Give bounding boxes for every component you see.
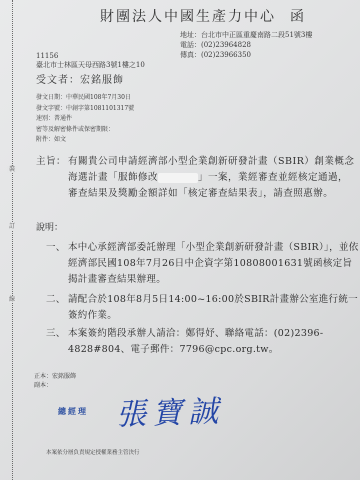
- copy-recipient: 副本：: [34, 381, 76, 390]
- binding-mark-ding: 訂: [7, 223, 17, 230]
- item-number: 一、: [46, 240, 66, 256]
- attachment: 附件：如文: [36, 135, 134, 146]
- binding-mark-zhuang: 裝: [7, 166, 17, 173]
- issue-date: 發文日期：中華民國108年7月30日: [36, 93, 134, 104]
- document-type: 函: [290, 9, 306, 25]
- item-text: 本案簽約階段承辦人請洽：鄭得妤、聯絡電話：(02)2396-4828#804、電…: [68, 326, 360, 358]
- item-number: 三、: [46, 326, 66, 342]
- sender-info: 地址：台北市中正區重慶南路二段51號3樓 電話：(02)23964828 傳真：…: [180, 30, 312, 60]
- authorization-note: 本案依分層負責規定授權業務主管決行: [46, 448, 140, 456]
- recipient-postal-code: 11156: [36, 52, 145, 61]
- item-number: 二、: [46, 292, 66, 308]
- subject-label: 主旨：: [36, 154, 66, 170]
- item-text: 本中心承經濟部委託辦理「小型企業創新研發計畫（SBIR）」，並依經濟部民國108…: [68, 240, 360, 288]
- description-label: 說明：: [36, 220, 63, 233]
- document-meta: 發文日期：中華民國108年7月30日 發文字號：中創字第1081101317號 …: [36, 93, 134, 146]
- receiver: 受文者：宏銘服飾: [36, 71, 124, 86]
- binding-mark-xian: 線: [7, 296, 17, 303]
- document-title: 財團法人中國生產力中心函: [100, 6, 306, 26]
- sender-phone: 電話：(02)23964828: [180, 40, 312, 50]
- delivery-speed: 速別：普通件: [36, 114, 134, 125]
- security-level: 密等及解密條件或保密期限：: [36, 125, 134, 136]
- sender-fax: 傳真：(02)23966350: [180, 50, 312, 60]
- sender-address: 地址：台北市中正區重慶南路二段51號3樓: [180, 30, 312, 40]
- recipient-address: 臺北市士林區天母西路3號1樓之10: [36, 61, 145, 70]
- copies-section: 正本：宏銘服飾 副本：: [34, 372, 76, 390]
- redacted-block: [158, 173, 198, 183]
- item-text: 請配合於108年8月5日14:00~16:00於SBIR計畫辦公室進行統一簽約作…: [68, 292, 360, 324]
- original-recipient: 正本：宏銘服飾: [34, 372, 76, 381]
- recipient-info: 11156 臺北市士林區天母西路3號1樓之10: [36, 52, 145, 70]
- binding-line: [12, 0, 13, 480]
- organization-name: 財團法人中國生產力中心: [100, 9, 276, 25]
- subject-body: 有關貴公司申請經濟部小型企業創新研發計畫（SBIR）創業概念海選計畫「服飾修改」…: [68, 154, 358, 202]
- signature: 張寶誠: [115, 386, 224, 434]
- signatory-title: 總經理: [58, 406, 88, 417]
- document-number: 發文字號：中創字第1081101317號: [36, 104, 134, 115]
